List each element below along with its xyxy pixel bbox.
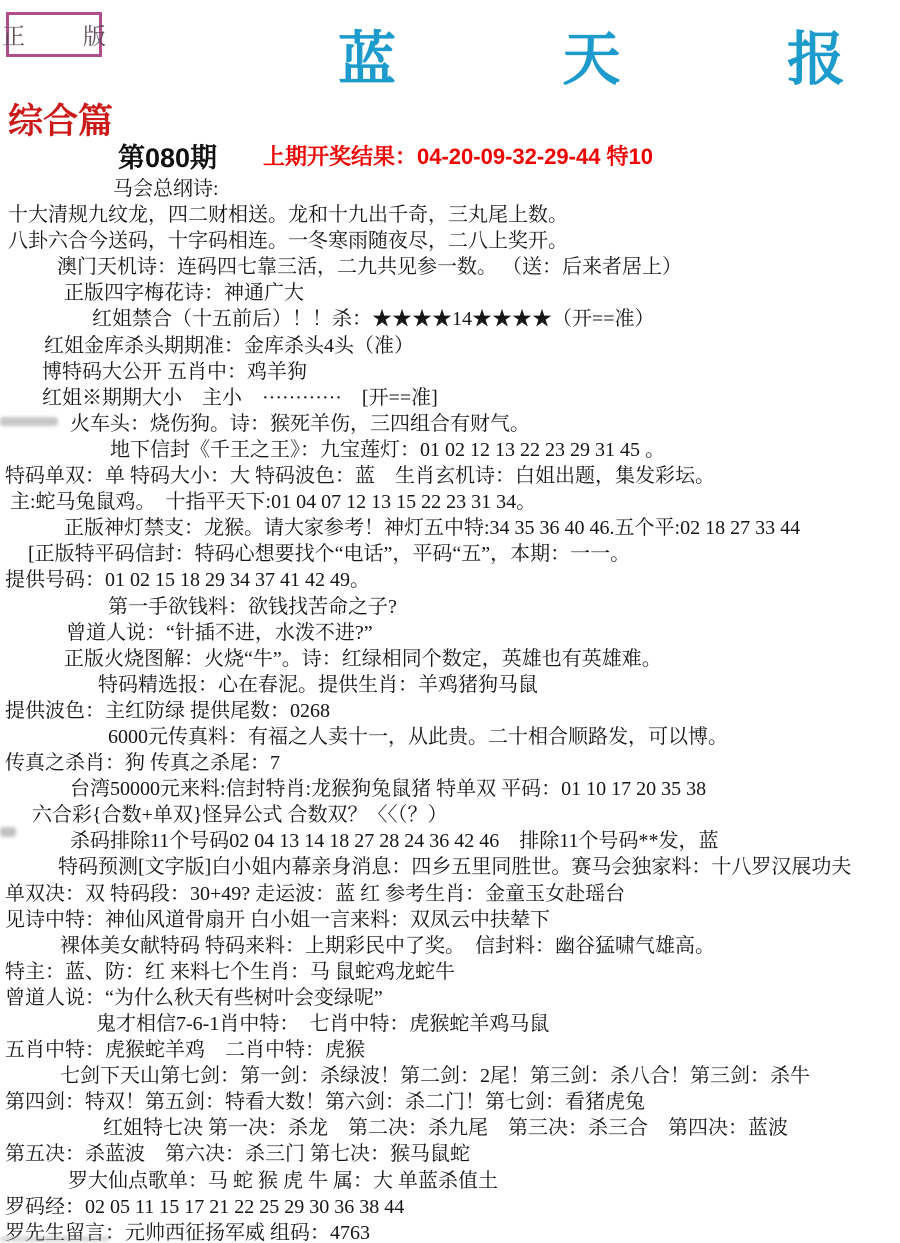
authentic-stamp: 正 版 [6, 12, 102, 57]
text-line: 六合彩{合数+单双}怪异公式 合数双？〈〈（？） [0, 802, 900, 828]
text-line: 红姐禁合（十五前后）！！杀：★★★★14★★★★（开==准） [0, 306, 900, 332]
text-line: 提供波色：主红防绿 提供尾数：0268 [0, 698, 900, 724]
last-draw-result: 上期开奖结果：04-20-09-32-29-44 特10 [263, 140, 653, 171]
text-line: 八卦六合今送码，十字码相连。一冬寒雨随夜尽，二八上奖开。 [0, 228, 900, 254]
text-line: 七剑下天山第七剑：第一剑：杀绿波！第二剑：2尾！第三剑：杀八合！第三剑：杀牛 [0, 1063, 900, 1089]
text-line: 鬼才相信7-6-1肖中特： 七肖中特：虎猴蛇羊鸡马鼠 [0, 1011, 900, 1037]
text-line: 特码单双：单 特码大小：大 特码波色：蓝 生肖玄机诗：白姐出题，集发彩坛。 [0, 463, 900, 489]
text-line: 火车头：烧伤狗。诗：猴死羊伤，三四组合有财气。 [0, 411, 900, 437]
report-title: 蓝 天 报 [338, 12, 900, 96]
text-line: 第四剑：特双！第五剑：特看大数！第六剑：杀二门！第七剑：看猪虎兔 [0, 1089, 900, 1115]
text-line: 特码精选报：心在春泥。提供生肖：羊鸡猪狗马鼠 [0, 672, 900, 698]
text-line: 红姐※期期大小 主小 ············ [开==准] [0, 385, 900, 411]
text-line: 正版四字梅花诗：神通广大 [0, 280, 900, 306]
text-line: 罗先生留言：元帅西征扬军威 组码：4763 [0, 1220, 900, 1243]
text-line: 传真之杀肖：狗 传真之杀尾：7 [0, 750, 900, 776]
text-line: 见诗中特：神仙风道骨扇开 白小姐一言来料：双凤云中扶辇下 [0, 907, 900, 933]
text-line: 曾道人说：“针插不进，水泼不进?” [0, 620, 900, 646]
text-line: 曾道人说：“为什么秋天有些树叶会变绿呢” [0, 985, 900, 1011]
text-line: 第五决：杀蓝波 第六决：杀三门 第七决：猴马鼠蛇 [0, 1141, 900, 1167]
text-line: 博特码大公开 五肖中：鸡羊狗 [0, 359, 900, 385]
text-line: 单双决：双 特码段：30+49? 走运波：蓝 红 参考生肖：金童玉女赴瑶台 [0, 881, 900, 907]
scan-artifact [0, 1236, 110, 1242]
text-line: 主:蛇马兔鼠鸡。 十指平天下:01 04 07 12 13 15 22 23 3… [0, 489, 900, 515]
text-line: 十大清规九纹龙，四二财相送。龙和十九出千奇，三丸尾上数。 [0, 202, 900, 228]
text-line: 特主：蓝、防：红 来料七个生肖：马 鼠蛇鸡龙蛇牛 [0, 959, 900, 985]
scan-artifact [0, 417, 58, 426]
text-line: 提供号码：01 02 15 18 29 34 37 41 42 49。 [0, 567, 900, 593]
text-line: 正版神灯禁支：龙猴。请大家参考！神灯五中特:34 35 36 40 46.五个平… [0, 515, 900, 541]
text-line: 马会总纲诗: [0, 176, 900, 202]
scan-artifact [0, 827, 16, 837]
text-line: 罗码经：02 05 11 15 17 21 22 25 29 30 36 38 … [0, 1194, 900, 1220]
text-line: 裸体美女献特码 特码来料：上期彩民中了奖。 信封料：幽谷猛啸气雄高。 [0, 933, 900, 959]
text-line: 杀码排除11个号码02 04 13 14 18 27 28 24 36 42 4… [0, 828, 900, 854]
text-line: 第一手欲钱料：欲钱找苦命之子? [0, 594, 900, 620]
body-lines: 马会总纲诗:十大清规九纹龙，四二财相送。龙和十九出千奇，三丸尾上数。八卦六合今送… [0, 176, 900, 1243]
section-title: 综合篇 [8, 94, 113, 144]
text-line: 6000元传真料：有福之人卖十一，从此贵。二十相合顺路发，可以博。 [0, 724, 900, 750]
text-line: 五肖中特：虎猴蛇羊鸡 二肖中特：虎猴 [0, 1037, 900, 1063]
text-line: 正版火烧图解：火烧“牛”。诗：红绿相同个数定，英雄也有英雄难。 [0, 646, 900, 672]
issue-number: 第080期 [118, 136, 217, 175]
authentic-stamp-label: 正 版 [2, 18, 132, 51]
text-line: 特码预测[文字版]白小姐内幕亲身消息：四乡五里同胜世。赛马会独家料：十八罗汉展功… [0, 854, 900, 880]
text-line: 红姐金库杀头期期准：金库杀头4头（准） [0, 333, 900, 359]
text-line: 澳门天机诗：连码四七靠三活，二九共见参一数。 （送：后来者居上） [0, 254, 900, 280]
text-line: 地下信封《千王之王》：九宝莲灯：01 02 12 13 22 23 29 31 … [0, 437, 900, 463]
text-line: [正版特平码信封：特码心想要找个“电话”，平码“五”，本期：一一。 [0, 541, 900, 567]
text-line: 红姐特七决 第一决：杀龙 第二决：杀九尾 第三决：杀三合 第四决：蓝波 [0, 1115, 900, 1141]
report-page: 正 版 蓝 天 报 综合篇 第080期 上期开奖结果：04-20-09-32-2… [0, 0, 900, 1243]
text-line: 罗大仙点歌单：马 蛇 猴 虎 牛 属：大 单蓝杀值土 [0, 1168, 900, 1194]
text-line: 台湾50000元来料:信封特肖:龙猴狗兔鼠猪 特单双 平码：01 10 17 2… [0, 776, 900, 802]
